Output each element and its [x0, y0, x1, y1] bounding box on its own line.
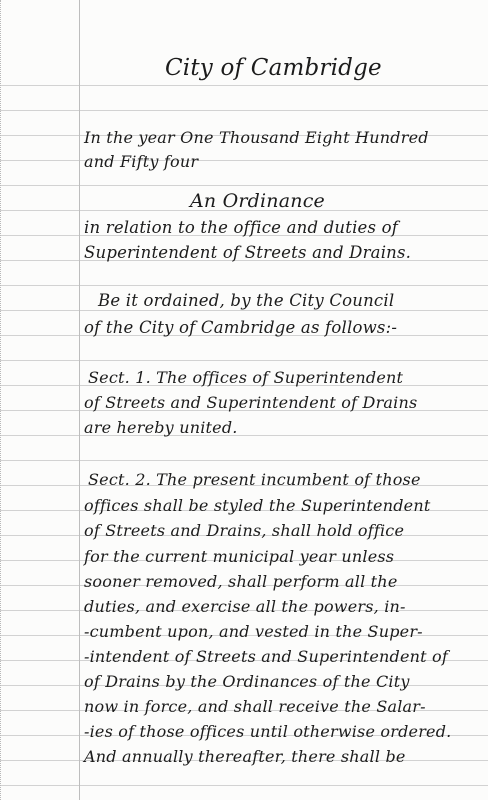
section-2-line-6: duties, and exercise all the powers, in-: [84, 597, 406, 616]
section-2-line-8: -intendent of Streets and Superintendent…: [84, 647, 448, 666]
section-2-line-2: offices shall be styled the Superintende…: [84, 496, 430, 515]
section-2-line-7: -cumbent upon, and vested in the Super-: [84, 622, 423, 641]
ordinance-heading: An Ordinance: [190, 190, 325, 212]
section-2-line-3: of Streets and Drains, shall hold office: [84, 521, 404, 540]
section-2-line-1: Sect. 2. The present incumbent of those: [88, 470, 421, 489]
section-2-line-10: now in force, and shall receive the Sala…: [84, 697, 426, 716]
section-2-line-11: -ies of those offices until otherwise or…: [84, 722, 451, 741]
preamble-line-1: In the year One Thousand Eight Hundred: [84, 128, 429, 147]
section-1-line-1: Sect. 1. The offices of Superintendent: [88, 368, 403, 387]
manuscript-page: City of Cambridge In the year One Thousa…: [0, 0, 488, 800]
section-2-line-12: And annually thereafter, there shall be: [84, 747, 406, 766]
subject-line-2: Superintendent of Streets and Drains.: [84, 243, 411, 262]
subject-line-1: in relation to the office and duties of: [84, 218, 398, 237]
page-left-edge: [0, 0, 3, 800]
section-2-line-5: sooner removed, shall perform all the: [84, 572, 398, 591]
section-1-line-2: of Streets and Superintendent of Drains: [84, 393, 417, 412]
section-1-line-3: are hereby united.: [84, 418, 238, 437]
section-2-line-9: of Drains by the Ordinances of the City: [84, 672, 410, 691]
preamble-line-2: and Fifty four: [84, 152, 198, 171]
enacting-clause-line-2: of the City of Cambridge as follows:-: [84, 318, 397, 337]
margin-rule: [79, 0, 80, 800]
document-title: City of Cambridge: [165, 55, 382, 81]
enacting-clause-line-1: Be it ordained, by the City Council: [98, 291, 394, 310]
section-2-line-4: for the current municipal year unless: [84, 547, 394, 566]
